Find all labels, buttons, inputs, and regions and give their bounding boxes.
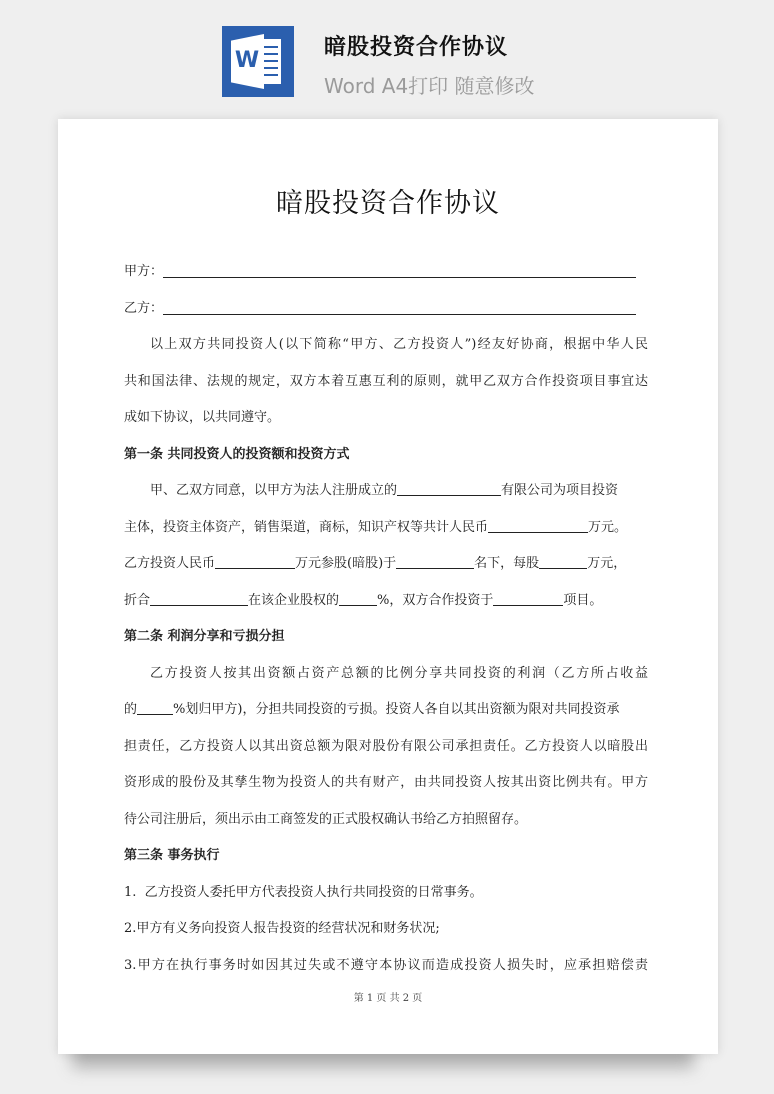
profit-percent-blank[interactable]: [137, 700, 173, 715]
total-amount-blank[interactable]: [488, 518, 588, 533]
article-2-line-4: 资形成的股份及其孳生物为投资人的共有财产，由共同投资人按其出资比例共有。甲方: [124, 765, 648, 802]
banner-subtitle: Word A4打印 随意修改: [324, 70, 535, 99]
intro-line-3: 成如下协议，以共同遵守。: [124, 400, 648, 437]
article-3-item-2: 2.甲方有义务向投资人报告投资的经营状况和财务状况;: [124, 911, 648, 948]
word-document-icon: W: [222, 26, 294, 97]
article-2-line-3: 担责任，乙方投资人以其出资总额为限对股份有限公司承担责任。乙方投资人以暗股出: [124, 729, 648, 766]
document-body: 甲方： 乙方： 以上双方共同投资人(以下简称“甲方、乙方投资人”)经友好协商，根…: [124, 254, 648, 984]
project-name-blank[interactable]: [493, 591, 563, 606]
article-3-heading: 第三条 事务执行: [124, 838, 648, 875]
company-name-blank[interactable]: [397, 481, 501, 496]
equivalent-blank[interactable]: [150, 591, 248, 606]
article-2-heading: 第二条 利润分享和亏损分担: [124, 619, 648, 656]
article-3-item-3: 3.甲方在执行事务时如因其过失或不遵守本协议而造成投资人损失时，应承担赔偿责: [124, 948, 648, 985]
article-3-item-1: 1. 乙方投资人委托甲方代表投资人执行共同投资的日常事务。: [124, 875, 648, 912]
party-b-blank[interactable]: [163, 300, 636, 315]
article-1-line-1: 甲、乙双方同意，以甲方为法人注册成立的有限公司为项目投资: [124, 473, 648, 510]
document-page: 暗股投资合作协议 甲方： 乙方： 以上双方共同投资人(以下简称“甲方、乙方投资人…: [58, 119, 718, 1054]
article-1-line-4: 折合在该企业股权的%，双方合作投资于项目。: [124, 583, 648, 620]
equity-percent-blank[interactable]: [339, 591, 377, 606]
nominee-blank[interactable]: [396, 554, 474, 569]
banner-title: 暗股投资合作协议: [324, 30, 508, 61]
intro-line-2: 共和国法律、法规的规定，双方本着互惠互利的原则，就甲乙双方合作投资项目事宜达: [124, 364, 648, 401]
page-number-footer: 第 1 页 共 2 页: [58, 989, 718, 1004]
article-1-line-3: 乙方投资人民币万元参股(暗股)于名下，每股万元，: [124, 546, 648, 583]
investment-amount-blank[interactable]: [215, 554, 295, 569]
intro-line-1: 以上双方共同投资人(以下简称“甲方、乙方投资人”)经友好协商，根据中华人民: [124, 327, 648, 364]
price-per-share-blank[interactable]: [539, 554, 587, 569]
article-2-line-5: 待公司注册后，须出示由工商签发的正式股权确认书给乙方拍照留存。: [124, 802, 648, 839]
article-1-heading: 第一条 共同投资人的投资额和投资方式: [124, 437, 648, 474]
party-b-line: 乙方：: [124, 291, 648, 328]
banner: W 暗股投资合作协议 Word A4打印 随意修改: [0, 0, 774, 112]
document-title: 暗股投资合作协议: [58, 181, 718, 220]
article-2-line-1: 乙方投资人按其出资额占资产总额的比例分享共同投资的利润（乙方所占收益: [124, 656, 648, 693]
article-1-line-2: 主体，投资主体资产，销售渠道，商标，知识产权等共计人民币万元。: [124, 510, 648, 547]
party-a-line: 甲方：: [124, 254, 648, 291]
article-2-line-2: 的%划归甲方)，分担共同投资的亏损。投资人各自以其出资额为限对共同投资承: [124, 692, 648, 729]
party-a-blank[interactable]: [163, 263, 636, 278]
